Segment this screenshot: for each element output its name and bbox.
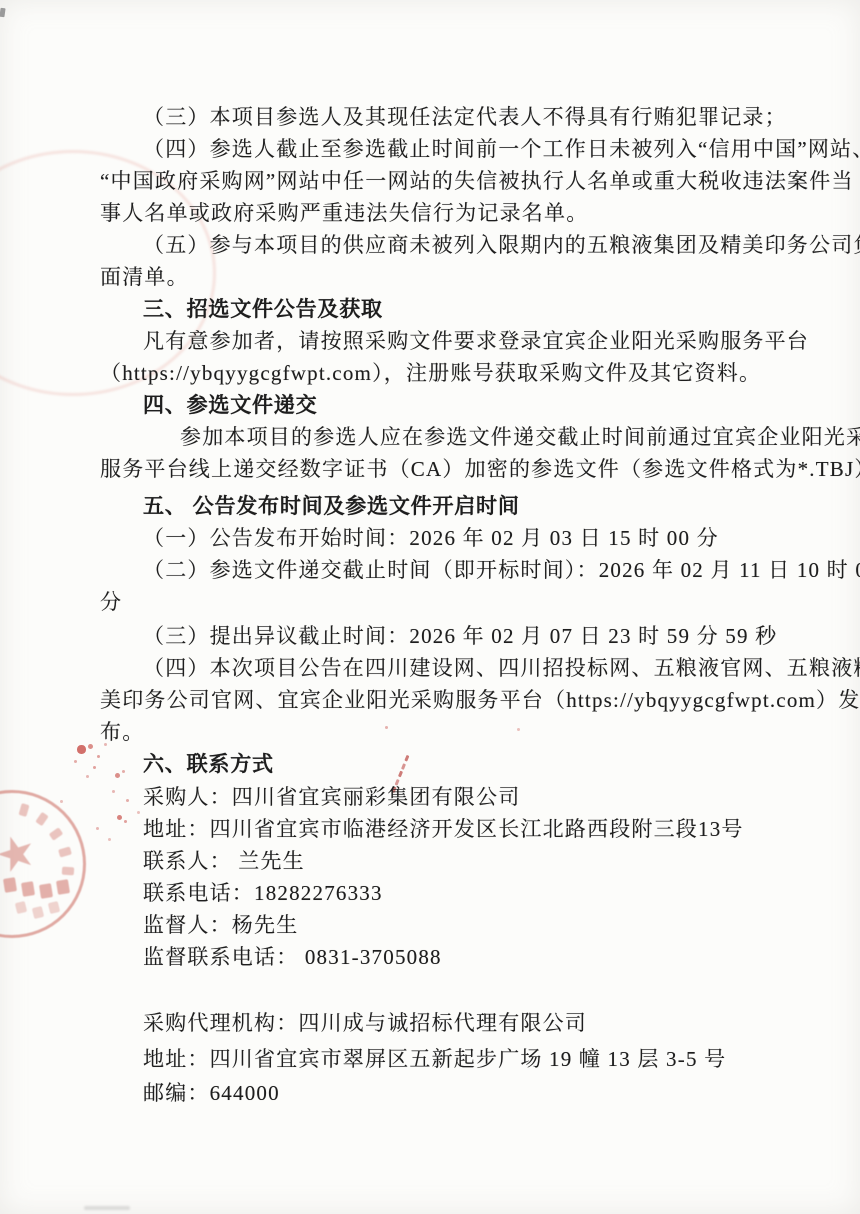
document-line: （一）公告发布开始时间：2026 年 02 月 03 日 15 时 00 分 — [143, 527, 719, 550]
document-line: 参加本项目的参选人应在参选文件递交截止时间前通过宜宾企业阳光采购 — [180, 426, 860, 449]
document-line: 邮编：644000 — [143, 1082, 280, 1105]
document-line: 美印务公司官网、宜宾企业阳光采购服务平台（https://ybqyygcgfwp… — [100, 689, 860, 712]
document-line: 布。 — [100, 721, 144, 744]
document-text: （三）本项目参选人及其现任法定代表人不得具有行贿犯罪记录；（四）参选人截止至参选… — [0, 0, 860, 1214]
document-line: 采购代理机构：四川成与诚招标代理有限公司 — [143, 1012, 587, 1035]
document-line: “中国政府采购网”网站中任一网站的失信被执行人名单或重大税收违法案件当 — [100, 170, 854, 193]
scanned-document-page: ★ （三）本项目参选人及其现任法定代表人不得具有行贿犯罪记录；（四）参选人截止至… — [0, 0, 860, 1214]
document-line: 分 — [100, 591, 122, 614]
document-line: 事人名单或政府采购严重违法失信行为记录名单。 — [100, 202, 588, 225]
document-line: 地址：四川省宜宾市翠屏区五新起步广场 19 幢 13 层 3-5 号 — [143, 1048, 726, 1071]
document-line: 监督人：杨先生 — [143, 914, 298, 937]
document-line: 服务平台线上递交经数字证书（CA）加密的参选文件（参选文件格式为*.TBJ）。 — [100, 458, 860, 481]
document-line: （https://ybqyygcgfwpt.com），注册账号获取采购文件及其它… — [100, 362, 761, 385]
section-heading-line: 五、 公告发布时间及参选文件开启时间 — [143, 495, 520, 518]
section-heading-line: 六、联系方式 — [143, 753, 274, 776]
document-line: （三）本项目参选人及其现任法定代表人不得具有行贿犯罪记录； — [143, 106, 787, 129]
document-line: （四）参选人截止至参选截止时间前一个工作日未被列入“信用中国”网站、 — [143, 138, 860, 161]
document-line: 联系电话：18282276333 — [143, 882, 383, 905]
document-line: （三）提出异议截止时间：2026 年 02 月 07 日 23 时 59 分 5… — [143, 625, 777, 648]
document-line: 监督联系电话： 0831-3705088 — [143, 946, 442, 969]
document-line: 凡有意参加者，请按照采购文件要求登录宜宾企业阳光采购服务平台 — [143, 330, 809, 353]
document-line: 联系人： 兰先生 — [143, 850, 305, 873]
document-line: 地址：四川省宜宾市临港经济开发区长江北路西段附三段13号 — [143, 818, 744, 841]
document-line: （五）参与本项目的供应商未被列入限期内的五粮液集团及精美印务公司负 — [143, 234, 860, 257]
document-line: （二）参选文件递交截止时间（即开标时间）：2026 年 02 月 11 日 10… — [143, 559, 860, 582]
document-line: （四）本次项目公告在四川建设网、四川招投标网、五粮液官网、五粮液精 — [143, 657, 860, 680]
document-line: 面清单。 — [100, 266, 189, 289]
section-heading-line: 四、参选文件递交 — [143, 394, 317, 417]
section-heading-line: 三、招选文件公告及获取 — [143, 298, 383, 321]
document-line: 采购人：四川省宜宾丽彩集团有限公司 — [143, 786, 520, 809]
